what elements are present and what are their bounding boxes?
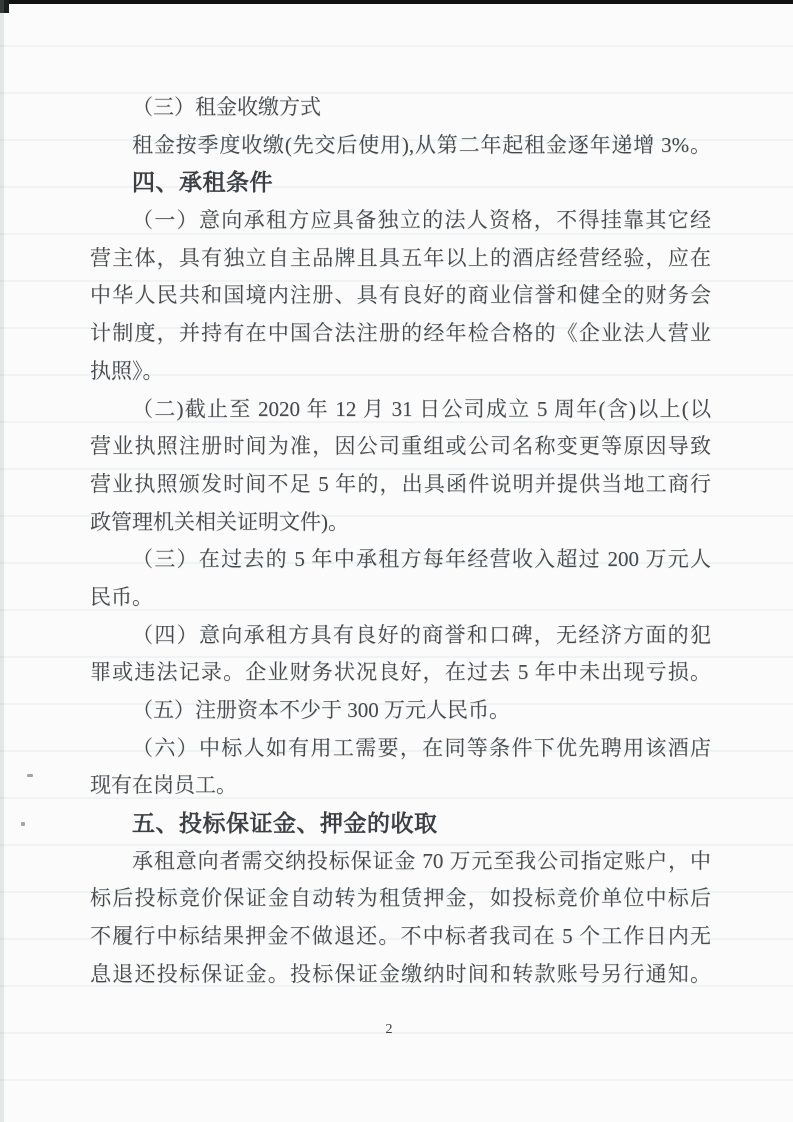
text-column: （三）租金收缴方式租金按季度收缴(先交后使用),从第二年起租金逐年递增 3%。四… bbox=[90, 89, 711, 994]
section-heading: 五、投标保证金、押金的收取 bbox=[90, 805, 711, 843]
text-line: 中华人民共和国境内注册、具有良好的商业信誉和健全的财务会 bbox=[90, 277, 711, 315]
text-line: 不履行中标结果押金不做退还。不中标者我司在 5 个工作日内无 bbox=[90, 918, 711, 956]
paragraph: 承租意向者需交纳投标保证金 70 万元至我公司指定账户，中标后投标竞价保证金自动… bbox=[90, 843, 711, 994]
text-line: （六）中标人如有用工需要，在同等条件下优先聘用该酒店 bbox=[90, 730, 711, 768]
paragraph: （四）意向承租方具有良好的商誉和口碑，无经济方面的犯罪或违法记录。企业财务状况良… bbox=[90, 617, 711, 692]
text-line: 营主体，具有独立自主品牌且具五年以上的酒店经营经验，应在 bbox=[90, 240, 711, 278]
page-number: 2 bbox=[381, 1022, 397, 1038]
scan-speck bbox=[27, 774, 33, 777]
text-line: （一）意向承租方应具备独立的法人资格，不得挂靠其它经 bbox=[90, 202, 711, 240]
paragraph: （五）注册资本不少于 300 万元人民币。 bbox=[90, 692, 711, 730]
paragraph: （三）在过去的 5 年中承租方每年经营收入超过 200 万元人民币。 bbox=[90, 541, 711, 616]
text-line: 息退还投标保证金。投标保证金缴纳时间和转款账号另行通知。 bbox=[90, 956, 711, 994]
scan-left-edge-artifact bbox=[0, 0, 4, 1122]
paragraph: （三）租金收缴方式 bbox=[90, 89, 711, 127]
section-heading: 四、承租条件 bbox=[90, 164, 711, 202]
text-line: （二)截止至 2020 年 12 月 31 日公司成立 5 周年(含)以上(以 bbox=[90, 391, 711, 429]
text-line: 政管理机关相关证明文件)。 bbox=[90, 504, 711, 542]
text-line: 四、承租条件 bbox=[90, 164, 711, 202]
text-line: 租金按季度收缴(先交后使用),从第二年起租金逐年递增 3%。 bbox=[90, 127, 711, 165]
text-line: （五）注册资本不少于 300 万元人民币。 bbox=[90, 692, 711, 730]
text-line: 五、投标保证金、押金的收取 bbox=[90, 805, 711, 843]
text-line: 标后投标竞价保证金自动转为租赁押金，如投标竞价单位中标后 bbox=[90, 880, 711, 918]
document-page: （三）租金收缴方式租金按季度收缴(先交后使用),从第二年起租金逐年递增 3%。四… bbox=[0, 0, 793, 1122]
text-line: 营业执照颁发时间不足 5 年的，出具函件说明并提供当地工商行 bbox=[90, 466, 711, 504]
scan-top-edge-artifact bbox=[0, 0, 793, 4]
text-line: （三）在过去的 5 年中承租方每年经营收入超过 200 万元人 bbox=[90, 541, 711, 579]
text-line: 现有在岗员工。 bbox=[90, 767, 711, 805]
text-line: 承租意向者需交纳投标保证金 70 万元至我公司指定账户，中 bbox=[90, 843, 711, 881]
paragraph: 租金按季度收缴(先交后使用),从第二年起租金逐年递增 3%。 bbox=[90, 127, 711, 165]
paragraph: （二)截止至 2020 年 12 月 31 日公司成立 5 周年(含)以上(以营… bbox=[90, 391, 711, 542]
text-line: 罪或违法记录。企业财务状况良好，在过去 5 年中未出现亏损。 bbox=[90, 654, 711, 692]
text-line: 计制度，并持有在中国合法注册的经年检合格的《企业法人营业 bbox=[90, 315, 711, 353]
text-line: 营业执照注册时间为准，因公司重组或公司名称变更等原因导致 bbox=[90, 428, 711, 466]
scan-speck bbox=[21, 822, 25, 826]
text-line: （四）意向承租方具有良好的商誉和口碑，无经济方面的犯 bbox=[90, 617, 711, 655]
paragraph: （六）中标人如有用工需要，在同等条件下优先聘用该酒店现有在岗员工。 bbox=[90, 730, 711, 805]
paragraph: （一）意向承租方应具备独立的法人资格，不得挂靠其它经营主体，具有独立自主品牌且具… bbox=[90, 202, 711, 390]
text-line: （三）租金收缴方式 bbox=[90, 89, 711, 127]
text-line: 执照》。 bbox=[90, 353, 711, 391]
text-line: 民币。 bbox=[90, 579, 711, 617]
